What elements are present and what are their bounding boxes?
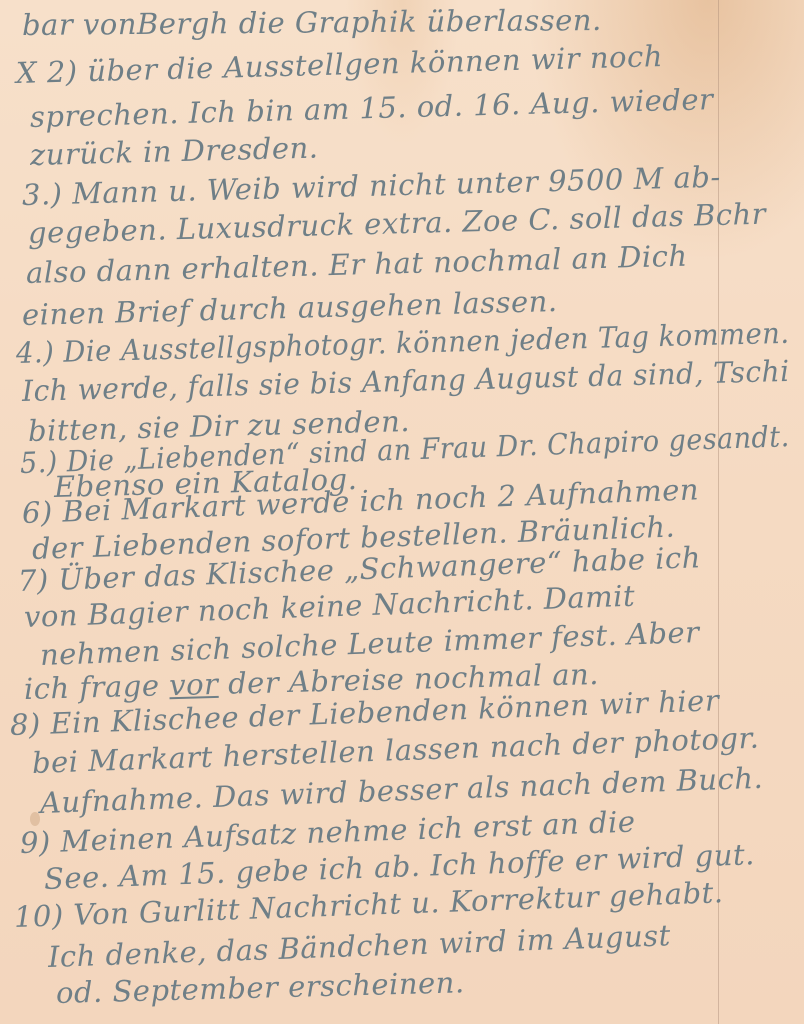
- text-line: bar vonBergh die Graphik überlassen.: [22, 3, 602, 42]
- underlined-word: vor: [169, 667, 219, 702]
- paper-stain: [30, 812, 40, 826]
